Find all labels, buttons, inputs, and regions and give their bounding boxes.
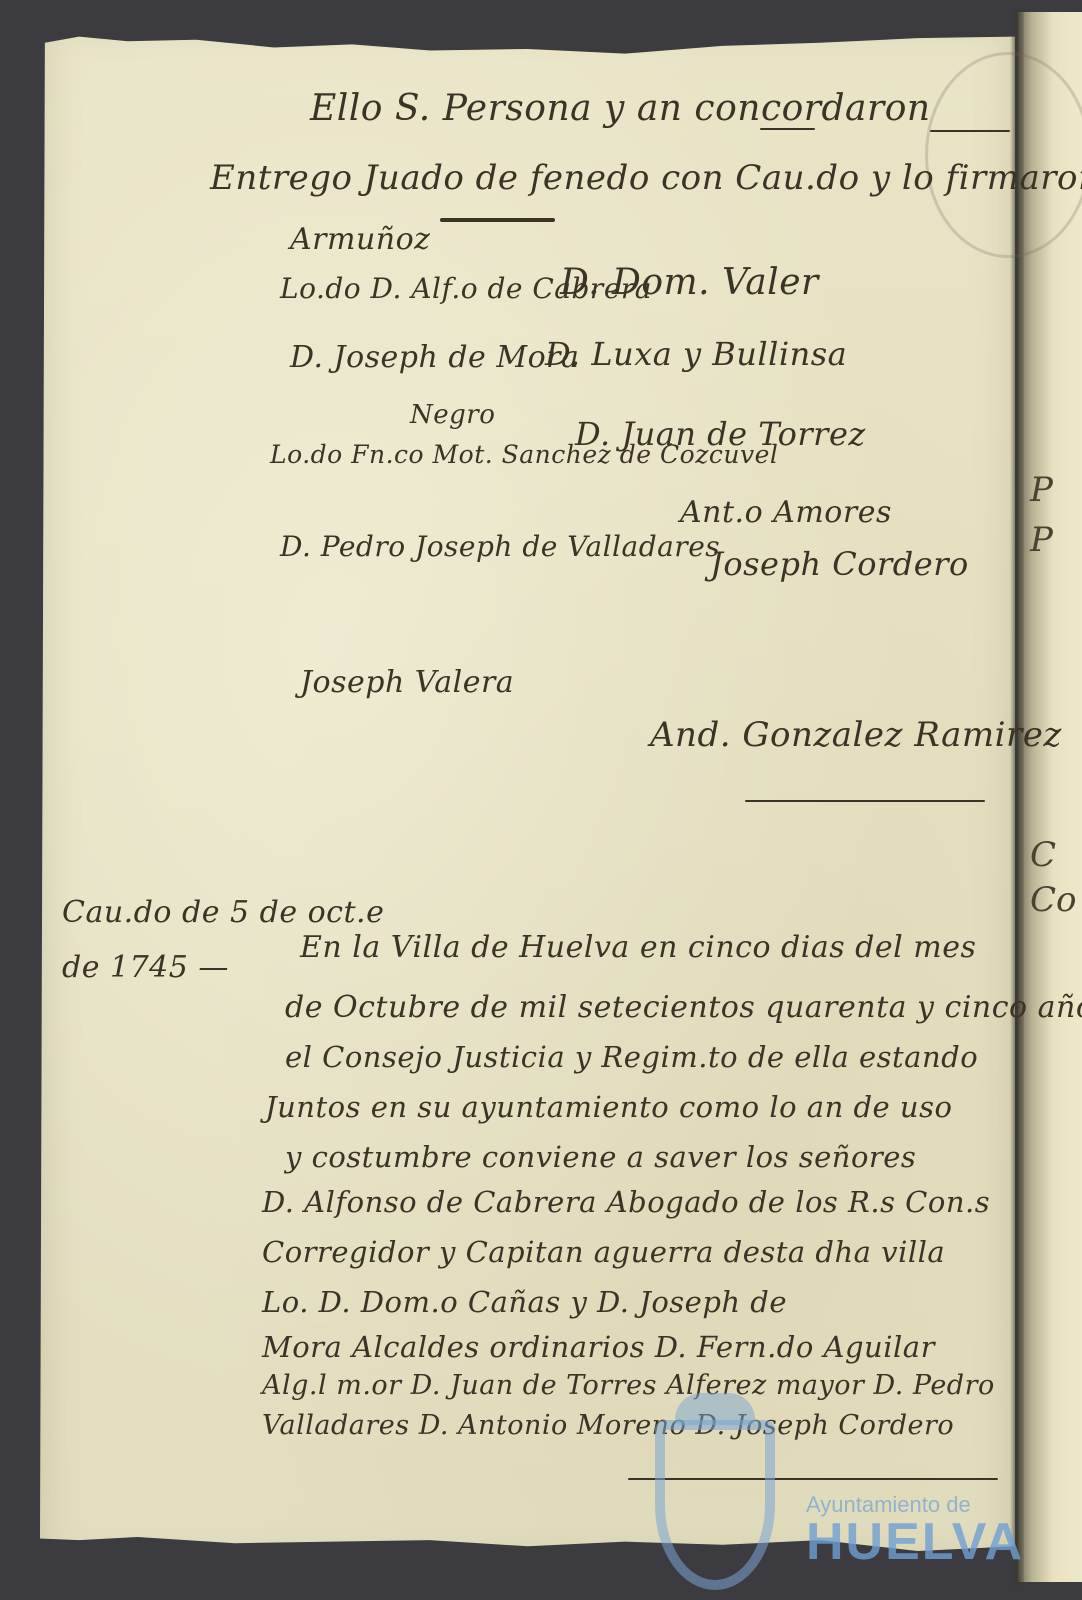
body-line: Valladares D. Antonio Moreno D. Joseph C… <box>262 1410 954 1441</box>
adjacent-page-fragment: C <box>1030 835 1056 875</box>
signature: D. Luxa y Bullinsa <box>545 335 847 373</box>
adjacent-page-fragment: Co <box>1030 880 1076 920</box>
signature: D. Pedro Joseph de Valladares <box>280 530 720 563</box>
watermark-shield-icon <box>655 1420 775 1590</box>
signature: Joseph Cordero <box>710 545 969 583</box>
body-line: Corregidor y Capitan aguerra desta dha v… <box>262 1235 945 1269</box>
signature: Armuñoz <box>290 222 430 257</box>
watermark-title: HUELVA <box>806 1512 1024 1572</box>
signature: D. Dom. Valer <box>560 262 819 303</box>
margin-note-line-2: de 1745 — <box>62 950 229 985</box>
signature: And. Gonzalez Ramirez <box>650 715 1062 755</box>
body-line: y costumbre conviene a saver los señores <box>285 1140 916 1174</box>
signature: D. Joseph de Mora <box>290 340 579 375</box>
signature: Joseph Valera <box>300 665 514 700</box>
faded-seal-stamp <box>925 52 1082 258</box>
adjacent-page-fragment: P <box>1030 470 1053 510</box>
body-line: D. Alfonso de Cabrera Abogado de los R.s… <box>262 1185 990 1219</box>
margin-note-line-1: Cau.do de 5 de oct.e <box>62 895 384 930</box>
scanned-manuscript: P P C Co Ello S. Persona y an concordaro… <box>0 0 1082 1600</box>
signature: Negro <box>410 400 495 430</box>
body-line: Juntos en su ayuntamiento como lo an de … <box>265 1090 952 1124</box>
dash-rule <box>760 128 815 130</box>
flourish-rule <box>745 800 985 802</box>
dash-rule <box>930 130 1010 132</box>
header-line-2: Entrego Juado de fenedo con Cau.do y lo … <box>210 158 1082 198</box>
body-line: Alg.l m.or D. Juan de Torres Alferez may… <box>262 1370 995 1401</box>
body-line: Lo. D. Dom.o Cañas y D. Joseph de <box>262 1285 787 1319</box>
adjacent-page-fragment: P <box>1030 520 1053 560</box>
body-line: el Consejo Justicia y Regim.to de ella e… <box>285 1040 978 1074</box>
underline-rule <box>440 218 555 222</box>
header-line-1: Ello S. Persona y an concordaron <box>310 88 931 129</box>
body-line: En la Villa de Huelva en cinco dias del … <box>300 930 976 965</box>
signature: Ant.o Amores <box>680 495 892 530</box>
signature: D. Juan de Torrez <box>575 415 866 453</box>
body-line: de Octubre de mil setecientos quarenta y… <box>285 990 1082 1025</box>
body-line: Mora Alcaldes ordinarios D. Fern.do Agui… <box>262 1330 935 1364</box>
